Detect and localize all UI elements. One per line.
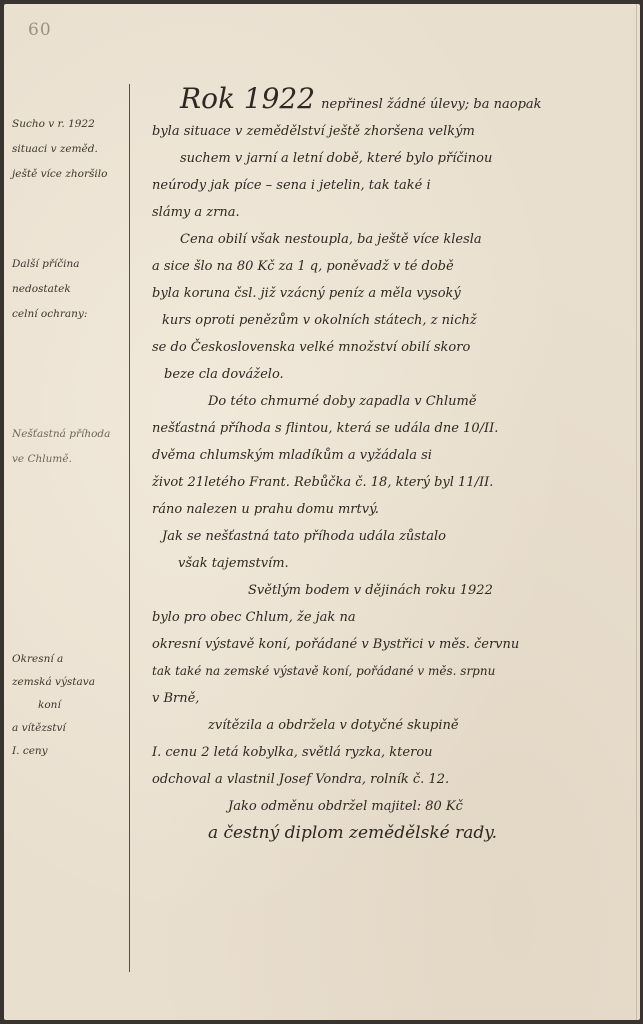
body-line: neúrody jak píce – sena i jetelin, tak t… — [152, 172, 612, 199]
body-line: v Brně, — [152, 685, 612, 712]
margin-note-line: zemská výstava — [12, 671, 130, 694]
body-line: Jak se nešťastná tato příhoda udála zůst… — [152, 523, 612, 550]
body-line: tak také na zemské výstavě koní, pořádan… — [152, 658, 612, 685]
margin-note-line: celní ochrany: — [12, 302, 130, 327]
body-line: však tajemstvím. — [152, 550, 612, 577]
page-number: 60 — [28, 20, 52, 40]
body-line: slámy a zrna. — [152, 199, 612, 226]
body-line: a sice šlo na 80 Kč za 1 q, poněvadž v t… — [152, 253, 612, 280]
body-line: Jako odměnu obdržel majitel: 80 Kč — [152, 793, 612, 820]
margin-note-line: koní — [12, 694, 130, 717]
chronicle-body: Rok 1922nepřinesl žádné úlevy; ba naopak… — [152, 80, 612, 847]
margin-note-horse-show: Okresní a zemská výstava koní a vítězstv… — [12, 648, 130, 763]
margin-note-line: Nešťastná příhoda — [12, 422, 130, 447]
body-line: okresní výstavě koní, pořádané v Bystřic… — [152, 631, 612, 658]
margin-note-drought: Sucho v r. 1922 situaci v zeměd. ještě v… — [12, 112, 130, 187]
ledger-page: 60 Sucho v r. 1922 situaci v zeměd. ješt… — [4, 4, 640, 1020]
body-line: Světlým bodem v dějinách roku 1922 — [152, 577, 612, 604]
body-line: odchoval a vlastnil Josef Vondra, rolník… — [152, 766, 612, 793]
body-line: a čestný diplom zemědělské rady. — [152, 820, 612, 847]
margin-rule — [129, 84, 130, 972]
year-heading: Rok 1922 — [180, 82, 315, 115]
body-line-text: nepřinesl žádné úlevy; ba naopak — [321, 97, 541, 112]
body-line: Rok 1922nepřinesl žádné úlevy; ba naopak — [152, 80, 612, 118]
body-line: byla koruna čsl. již vzácný peníz a měla… — [152, 280, 612, 307]
body-line: byla situace v zemědělství ještě zhoršen… — [152, 118, 612, 145]
margin-note-line: nedostatek — [12, 277, 130, 302]
body-line: I. cenu 2 letá kobylka, světlá ryzka, kt… — [152, 739, 612, 766]
page-edge-divider — [636, 4, 637, 1020]
body-line: život 21letého Frant. Rebůčka č. 18, kte… — [152, 469, 612, 496]
margin-note-line: Další příčina — [12, 252, 130, 277]
margin-note-line: a vítězství — [12, 717, 130, 740]
margin-note-line: Sucho v r. 1922 — [12, 112, 130, 137]
body-line: dvěma chlumským mladíkům a vyžádala si — [152, 442, 612, 469]
margin-note-accident: Nešťastná příhoda ve Chlumě. — [12, 422, 130, 472]
body-line: beze cla dováželo. — [152, 361, 612, 388]
margin-note-line: situaci v zeměd. — [12, 137, 130, 162]
body-line: ráno nalezen u prahu domu mrtvý. — [152, 496, 612, 523]
margin-note-line: ještě více zhoršilo — [12, 162, 130, 187]
body-line: Cena obilí však nestoupla, ba ještě více… — [152, 226, 612, 253]
body-line: suchem v jarní a letní době, které bylo … — [152, 145, 612, 172]
margin-note-line: Okresní a — [12, 648, 130, 671]
body-line: nešťastná příhoda s flintou, která se ud… — [152, 415, 612, 442]
body-line: Do této chmurné doby zapadla v Chlumě — [152, 388, 612, 415]
body-line: bylo pro obec Chlum, že jak na — [152, 604, 612, 631]
margin-note-customs: Další příčina nedostatek celní ochrany: — [12, 252, 130, 327]
body-line: kurs oproti penězům v okolních státech, … — [152, 307, 612, 334]
margin-note-line: I. ceny — [12, 740, 130, 763]
margin-note-line: ve Chlumě. — [12, 447, 130, 472]
body-line: se do Československa velké množství obil… — [152, 334, 612, 361]
body-line: zvítězila a obdržela v dotyčné skupině — [152, 712, 612, 739]
